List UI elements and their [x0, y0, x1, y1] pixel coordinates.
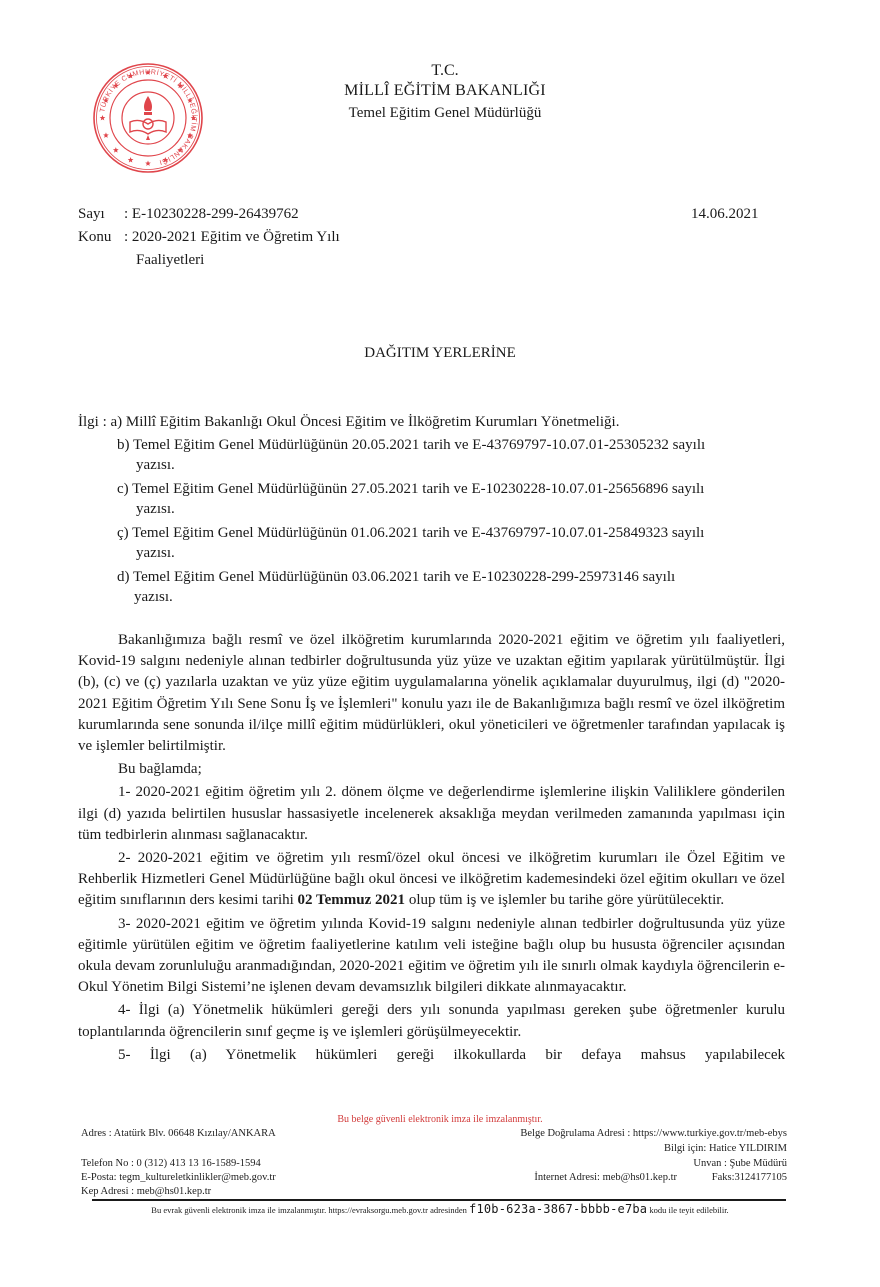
header-republic: T.C. [300, 62, 590, 80]
footer-phone: Telefon No : 0 (312) 413 13 16-1589-1594 [81, 1157, 261, 1171]
verification-line: Bu evrak güvenli elektronik imza ile imz… [0, 1202, 880, 1217]
item-2-post: olup tüm iş ve işlemler bu tarihe göre y… [405, 892, 724, 908]
footer-internet: İnternet Adresi: meb@hs01.kep.tr [534, 1171, 677, 1185]
verify-text-pre: Bu evrak güvenli elektronik imza ile imz… [151, 1205, 469, 1215]
e-signature-note: Bu belge güvenli elektronik imza ile imz… [0, 1114, 880, 1125]
document-number: Sayı: E-10230228-299-26439762 [78, 203, 299, 225]
item-1: 1- 2020-2021 eğitim öğretim yılı 2. döne… [78, 782, 785, 846]
reference-c: c) Temel Eğitim Genel Müdürlüğünün 27.05… [117, 479, 704, 519]
reference-text: ç) Temel Eğitim Genel Müdürlüğünün 01.06… [117, 525, 704, 541]
konu-value: : 2020-2021 Eğitim ve Öğretim Yılı [124, 229, 340, 245]
intro-paragraph: Bakanlığımıza bağlı resmî ve özel ilköğr… [78, 630, 785, 757]
item-2-date: 02 Temmuz 2021 [298, 892, 406, 908]
konu-label: Konu [78, 226, 124, 248]
verify-text-post: kodu ile teyit edilebilir. [647, 1205, 728, 1215]
item-4: 4- İlgi (a) Yönetmelik hükümleri gereği … [78, 1000, 785, 1042]
reference-cont: yazısı. [117, 587, 675, 607]
reference-text: d) Temel Eğitim Genel Müdürlüğünün 03.06… [117, 569, 675, 585]
verification-code: f10b-623a-3867-bbbb-e7ba [469, 1202, 647, 1216]
footer-kep: Kep Adresi : meb@hs01.kep.tr [81, 1185, 211, 1199]
header-ministry: MİLLÎ EĞİTİM BAKANLIĞI [300, 80, 590, 102]
konu-value-continued: Faaliyetleri [136, 249, 204, 271]
reference-text: a) Millî Eğitim Bakanlığı Okul Öncesi Eğ… [111, 414, 620, 430]
footer-divider [92, 1199, 786, 1201]
reference-a: İlgi : a) Millî Eğitim Bakanlığı Okul Ön… [78, 412, 619, 432]
ministry-seal-logo: TÜRKİYE CUMHURİYETİ MİLLÎ EĞİTİM BAKANLI… [92, 62, 204, 174]
item-2: 2- 2020-2021 eğitim ve öğretim yılı resm… [78, 848, 785, 912]
footer-fax: Faks:3124177105 [712, 1171, 787, 1185]
footer-info-contact: Bilgi için: Hatice YILDIRIM [664, 1142, 787, 1156]
meb-seal-icon: TÜRKİYE CUMHURİYETİ MİLLÎ EĞİTİM BAKANLI… [92, 62, 204, 174]
letter-body: Bakanlığımıza bağlı resmî ve özel ilköğr… [78, 630, 785, 1066]
reference-d: d) Temel Eğitim Genel Müdürlüğünün 03.06… [117, 567, 675, 607]
recipient-heading: DAĞITIM YERLERİNE [0, 343, 880, 363]
reference-b: b) Temel Eğitim Genel Müdürlüğünün 20.05… [117, 435, 705, 475]
document-subject: Konu: 2020-2021 Eğitim ve Öğretim Yılı [78, 226, 340, 248]
sayi-value: : E-10230228-299-26439762 [124, 206, 299, 222]
footer-title: Unvan : Şube Müdürü [693, 1157, 787, 1171]
sayi-label: Sayı [78, 203, 124, 225]
document-date: 14.06.2021 [691, 203, 759, 225]
footer-address: Adres : Atatürk Blv. 06648 Kızılay/ANKAR… [81, 1127, 276, 1141]
header-directorate: Temel Eğitim Genel Müdürlüğü [300, 102, 590, 124]
reference-cont: yazısı. [117, 543, 704, 563]
item-5: 5- İlgi (a) Yönetmelik hükümleri gereği … [78, 1045, 785, 1066]
reference-cont: yazısı. [117, 455, 705, 475]
ilgi-label: İlgi : [78, 414, 107, 430]
reference-text: b) Temel Eğitim Genel Müdürlüğünün 20.05… [117, 437, 705, 453]
context-line: Bu bağlamda; [78, 759, 785, 780]
reference-c-cedilla: ç) Temel Eğitim Genel Müdürlüğünün 01.06… [117, 523, 704, 563]
footer-verification-address: Belge Doğrulama Adresi : https://www.tur… [520, 1127, 787, 1141]
footer-email: E-Posta: tegm_kultureletkinlikler@meb.go… [81, 1171, 276, 1185]
reference-text: c) Temel Eğitim Genel Müdürlüğünün 27.05… [117, 481, 704, 497]
reference-cont: yazısı. [117, 499, 704, 519]
item-3: 3- 2020-2021 eğitim ve öğretim yılında K… [78, 914, 785, 999]
letterhead: T.C. MİLLÎ EĞİTİM BAKANLIĞI Temel Eğitim… [300, 62, 590, 124]
